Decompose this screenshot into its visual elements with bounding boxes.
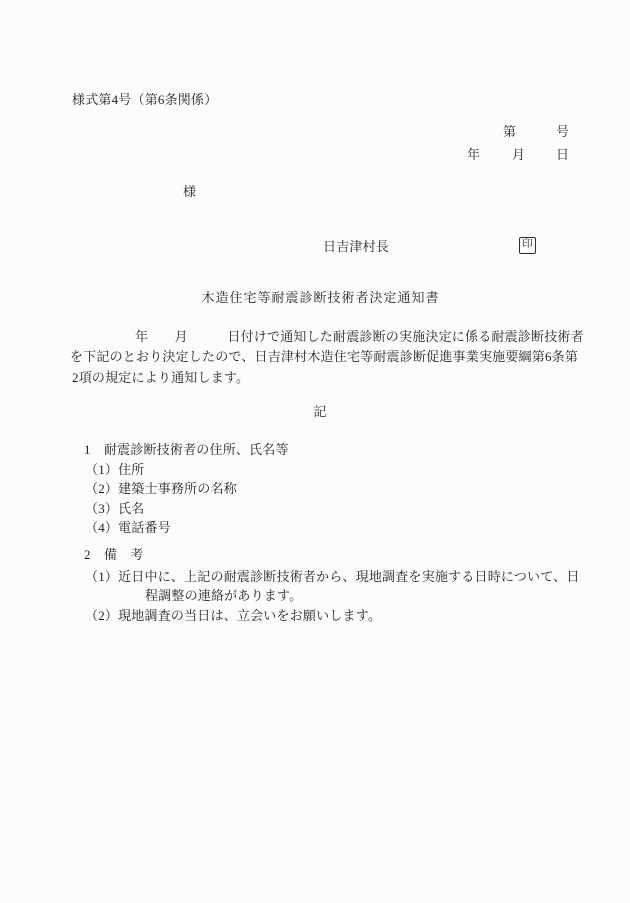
section1-item-office-name: （2）建築士事務所の名称 bbox=[85, 482, 237, 496]
section1-item-name: （3）氏名 bbox=[85, 502, 145, 516]
seal-mark: 印 bbox=[519, 237, 536, 254]
date-month-label: 月 bbox=[512, 148, 525, 162]
section1-item-phone: （4）電話番号 bbox=[85, 521, 171, 535]
document-page: 様式第4号（第6条関係） 第 号 年 月 日 様 日吉津村長 印 木造住宅等耐震… bbox=[0, 0, 630, 903]
section2-item1-line-2: 程調整の連絡があります。 bbox=[145, 589, 302, 603]
sender-name: 日吉津村長 bbox=[323, 240, 389, 254]
body-paragraph-line-3: 2項の規定により通知します。 bbox=[72, 371, 249, 385]
document-title: 木造住宅等耐震診断技術者決定通知書 bbox=[72, 291, 569, 305]
doc-number-suffix: 号 bbox=[556, 125, 569, 139]
date-day-label: 日 bbox=[556, 148, 569, 162]
doc-number-prefix: 第 bbox=[503, 125, 516, 139]
section1-heading: 1 耐震診断技術者の住所、氏名等 bbox=[84, 443, 289, 457]
section2-item2: （2）現地調査の当日は、立会いをお願いします。 bbox=[85, 609, 381, 623]
section1-item-address: （1）住所 bbox=[85, 463, 145, 477]
ki-separator-label: 記 bbox=[72, 405, 569, 419]
date-year-label: 年 bbox=[467, 148, 480, 162]
body-paragraph-line-1: 年 月 日付けで通知した耐震診断の実施決定に係る耐震診断技術者 bbox=[135, 330, 584, 344]
addressee-honorific: 様 bbox=[183, 185, 196, 199]
form-number: 様式第4号（第6条関係） bbox=[72, 93, 217, 107]
body-paragraph-line-2: を下記のとおり決定したので、日吉津村木造住宅等耐震診断促進事業実施要綱第6条第 bbox=[70, 350, 578, 364]
section2-heading: 2 備 考 bbox=[84, 548, 144, 562]
seal-character: 印 bbox=[522, 240, 533, 251]
section2-item1-line-1: （1）近日中に、上記の耐震診断技術者から、現地調査を実施する日時について、日 bbox=[85, 570, 580, 584]
